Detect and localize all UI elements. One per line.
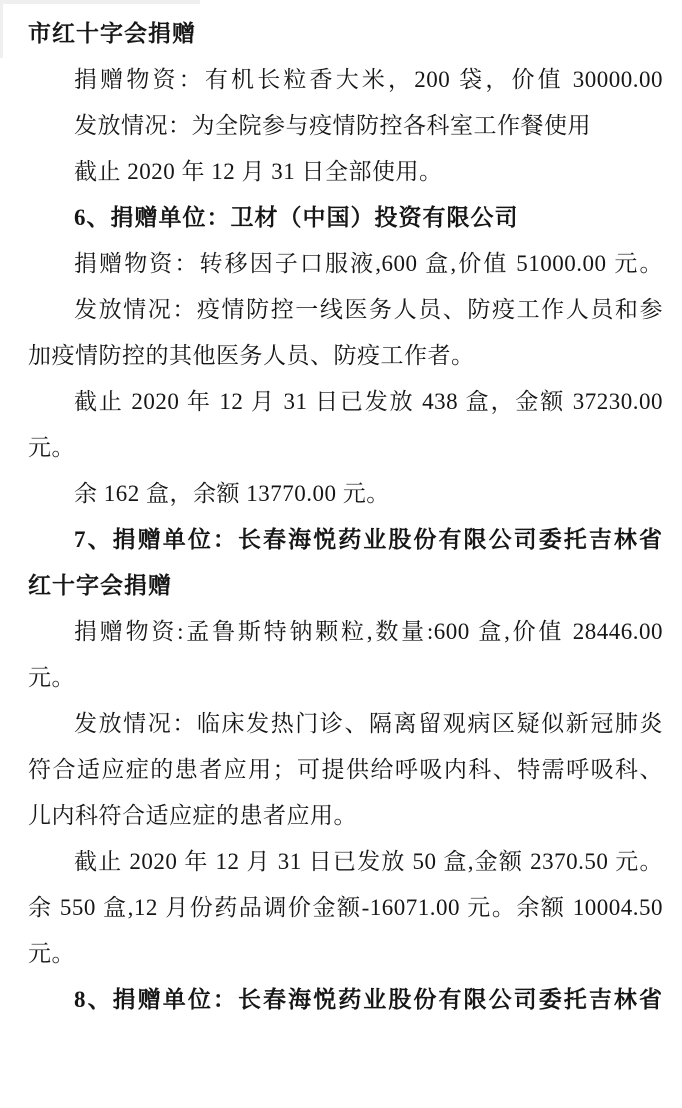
body-text-line: 元。: [28, 655, 663, 701]
page-edge-artifact-top: [0, 0, 200, 4]
section-heading-line: 6、捐赠单位：卫材（中国）投资有限公司: [28, 195, 663, 241]
section-heading-line: 8、捐赠单位：长春海悦药业股份有限公司委托吉林省: [28, 977, 663, 1023]
section-heading-continuation-line: 市红十字会捐赠: [28, 11, 663, 57]
body-text-line: 捐赠物资：有机长粒香大米，200 袋，价值 30000.00 元。: [28, 57, 663, 103]
body-text-line: 儿内科符合适应症的患者应用。: [28, 793, 663, 839]
body-text-line: 截止 2020 年 12 月 31 日已发放 438 盒，金额 37230.00: [28, 379, 663, 425]
body-text-line: 发放情况：临床发热门诊、隔离留观病区疑似新冠肺炎: [28, 701, 663, 747]
body-text-line: 捐赠物资：转移因子口服液,600 盒,价值 51000.00 元。: [28, 241, 663, 287]
body-text-line: 加疫情防控的其他医务人员、防疫工作者。: [28, 333, 663, 379]
page-edge-artifact-left: [0, 0, 3, 58]
body-text-line: 捐赠物资:孟鲁斯特钠颗粒,数量:600 盒,价值 28446.00: [28, 609, 663, 655]
body-text-line: 余 550 盒,12 月份药品调价金额-16071.00 元。余额 10004.…: [28, 885, 663, 931]
body-text-line: 截止 2020 年 12 月 31 日全部使用。: [28, 149, 663, 195]
body-text-line: 符合适应症的患者应用；可提供给呼吸内科、特需呼吸科、: [28, 747, 663, 793]
body-text-line: 发放情况：为全院参与疫情防控各科室工作餐使用: [28, 103, 663, 149]
body-text-line: 截止 2020 年 12 月 31 日已发放 50 盒,金额 2370.50 元…: [28, 839, 663, 885]
section-heading-continuation-line: 红十字会捐赠: [28, 563, 663, 609]
body-text-line: 发放情况：疫情防控一线医务人员、防疫工作人员和参: [28, 287, 663, 333]
body-text-line: 余 162 盒，余额 13770.00 元。: [28, 471, 663, 517]
body-text-line: 元。: [28, 425, 663, 471]
section-heading-line: 7、捐赠单位：长春海悦药业股份有限公司委托吉林省: [28, 517, 663, 563]
document-page: 市红十字会捐赠 捐赠物资：有机长粒香大米，200 袋，价值 30000.00 元…: [0, 0, 682, 1108]
body-text-line: 元。: [28, 931, 663, 977]
